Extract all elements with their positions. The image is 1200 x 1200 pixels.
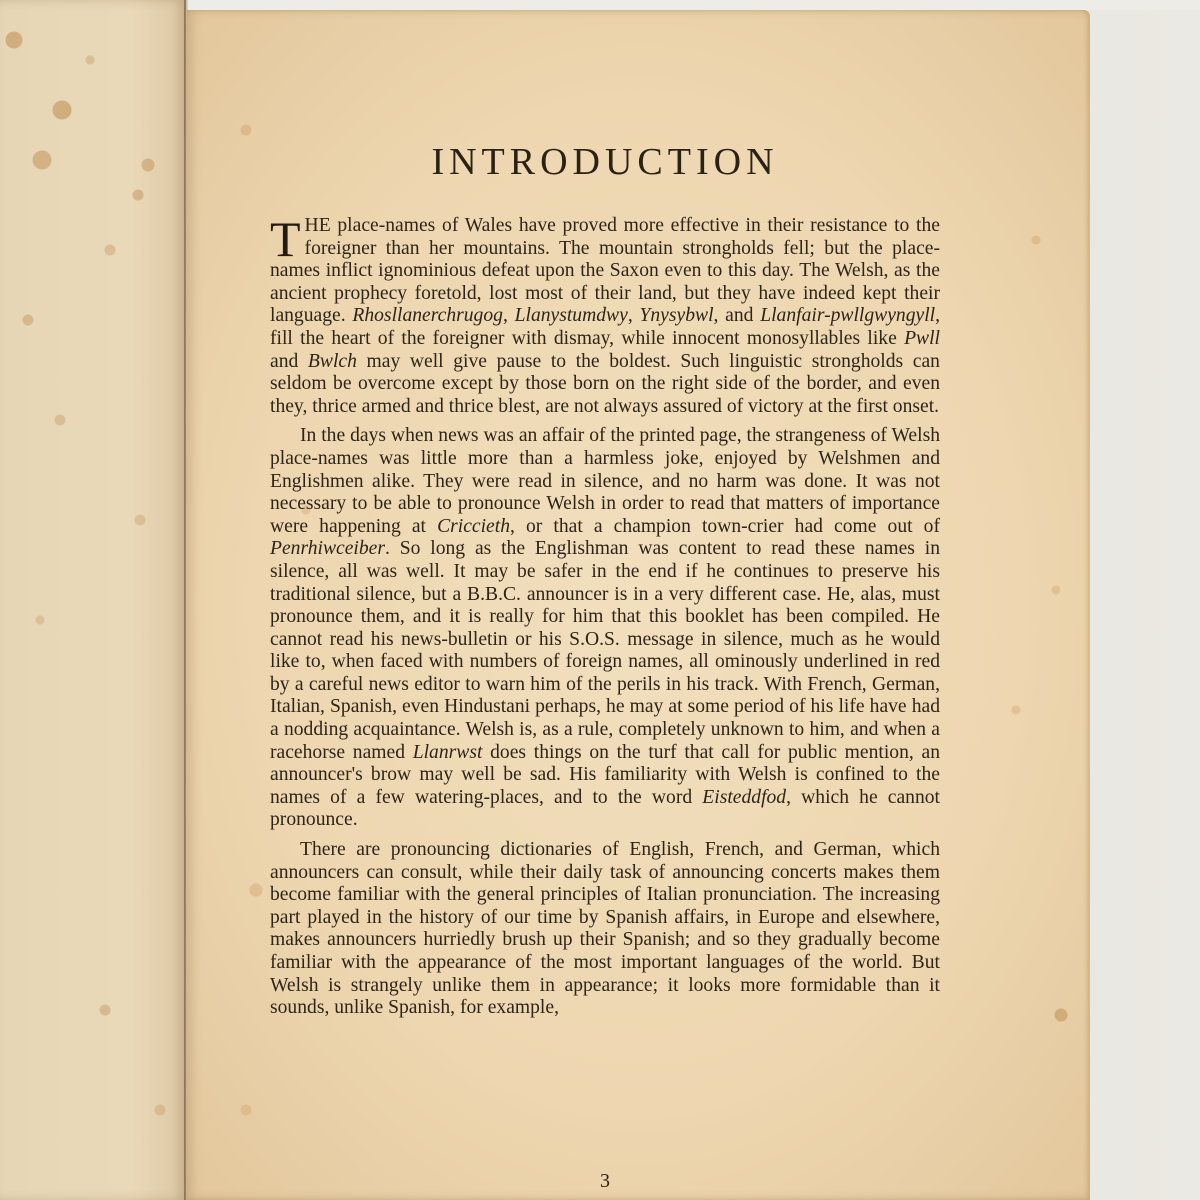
place-name: Llanystumdwy	[515, 305, 628, 326]
book-photo: INTRODUCTION THE place-names of Wales ha…	[0, 0, 1200, 1200]
place-name: Penrhiwceiber	[270, 538, 385, 559]
left-page	[0, 0, 186, 1200]
text-run: , or that a champion town-crier had come…	[510, 516, 940, 537]
place-name: Eisteddfod	[702, 787, 786, 808]
place-name: Pwll	[904, 328, 940, 349]
place-name: Llanrwst	[413, 742, 483, 763]
place-name: Bwlch	[308, 351, 357, 372]
text-run: may well give pause to the boldest. Such…	[270, 351, 940, 417]
place-name: Llanfair-pwllgwyngyll	[760, 305, 935, 326]
text-run: and	[270, 351, 308, 372]
paragraph-1: THE place-names of Wales have proved mor…	[270, 215, 940, 418]
paragraph-2: In the days when news was an affair of t…	[270, 425, 940, 832]
text-run: ,	[503, 305, 515, 326]
text-run: . So long as the Englishman was content …	[270, 538, 940, 762]
body-text: THE place-names of Wales have proved mor…	[270, 215, 940, 1027]
text-run: , and	[714, 305, 761, 326]
place-name: Criccieth	[437, 516, 510, 537]
chapter-title: INTRODUCTION	[270, 140, 940, 184]
text-run: There are pronouncing dictionaries of En…	[270, 839, 940, 1018]
drop-cap: T	[270, 219, 301, 259]
place-name: Rhosllanerchrugog	[352, 305, 503, 326]
place-name: Ynysybwl	[639, 305, 713, 326]
paragraph-3: There are pronouncing dictionaries of En…	[270, 839, 940, 1020]
text-run: ,	[628, 305, 640, 326]
right-page: INTRODUCTION THE place-names of Wales ha…	[186, 10, 1090, 1200]
page-number: 3	[270, 1170, 940, 1193]
